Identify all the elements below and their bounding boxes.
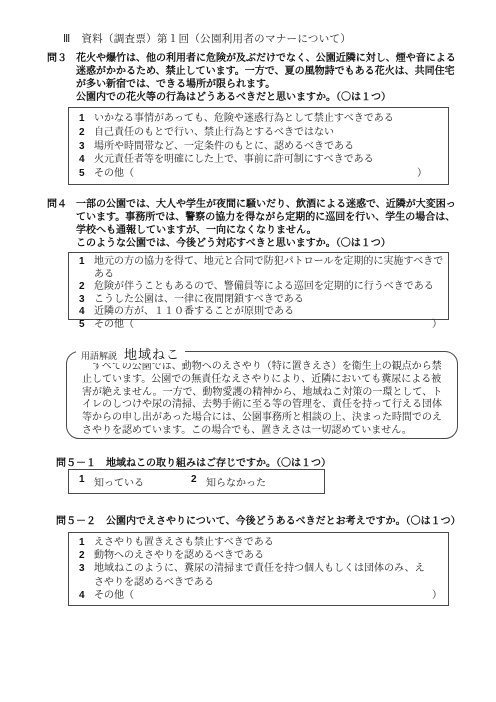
option-number: 5 (79, 167, 94, 181)
option-row: 3 地域ねこのように、糞尿の清掃まで責任を持つ個人もしくは団体のみ、えさやりを認… (79, 562, 448, 588)
question-5-2-prompt: 公園内でえさやりについて、今後どうあるべきだとお考えですか。（〇は１つ） (106, 515, 461, 528)
question-5-2-header: 問５－２ 公園内でえさやりについて、今後どうあるべきだとお考えですか。（〇は１つ… (56, 515, 461, 528)
glossary-body: すべての公園では、動物へのえさやり（特に置きえさ）を衛生上の観点から禁止していま… (67, 352, 457, 438)
question-4-options-box: 1 地元の方の協力を得て、地元と合同で防犯パトロールを定期的に実施すべきである … (68, 252, 449, 320)
option-text: 地域ねこのように、糞尿の清掃まで責任を持つ個人もしくは団体のみ、えさやりを認める… (94, 562, 448, 588)
option-text: 知らなかった (206, 474, 266, 489)
option-text: 場所や時間帯など、一定条件のもとに、認めるべきである (94, 140, 448, 154)
option-text: その他（ (94, 589, 134, 602)
option-number: 5 (79, 319, 94, 332)
option-text: 動物へのえさやりを認めるべきである (94, 549, 448, 562)
option-text: その他（ (94, 167, 134, 181)
option-number: 1 (79, 474, 94, 485)
option-row: 2 危険が伴うこともあるので、警備員等による巡回を定期的に行うべきである (79, 281, 448, 294)
glossary-title: 用語解説 地域ねこ (76, 344, 185, 363)
option-number: 1 (79, 536, 94, 549)
option-row-other: 5 その他（ ） (79, 167, 448, 181)
question-5-1-options-box: 1 知っている 2 知らなかった (68, 469, 325, 494)
option-text: 地元の方の協力を得て、地元と合同で防犯パトロールを定期的に実施すべきである (94, 256, 448, 281)
question-3-prompt: 公園内での花火等の行為はどうあるべきだと思いますか。（〇は１つ） (76, 91, 459, 104)
option-row: 1 えさやりも置きえさも禁止すべきである (79, 536, 448, 549)
question-4-content: 一部の公園では、大人や学生が夜間に騒いだり、飲酒による迷惑で、近隣が大変困ってい… (76, 198, 459, 250)
option-close-paren: ） (432, 319, 448, 332)
option-number: 3 (79, 140, 94, 154)
question-3-body: 花火や爆竹は、他の利用者に危険が及ぶだけでなく、公園近隣に対し、煙や音による迷惑… (76, 52, 459, 91)
glossary-tag: 用語解説 (81, 349, 117, 362)
option-row-other: 4 その他（ ） (79, 589, 448, 602)
option-number: 4 (79, 589, 94, 602)
option-text: その他（ (94, 319, 134, 332)
glossary-callout-box: 用語解説 地域ねこ すべての公園では、動物へのえさやり（特に置きえさ）を衛生上の… (66, 351, 458, 439)
option-row: 1 知っている (79, 474, 191, 489)
option-close-paren: ） (417, 167, 448, 181)
option-number: 4 (79, 306, 94, 319)
option-number: 3 (79, 294, 94, 307)
option-row: 2 自己責任のもとで行い、禁止行為とするべきではない (79, 126, 448, 140)
option-number: 4 (79, 153, 94, 167)
question-5-2-options-box: 1 えさやりも置きえさも禁止すべきである 2 動物へのえさやりを認めるべきである… (68, 532, 449, 606)
option-row: 3 こうした公園は、一律に夜間閉鎖すべきである (79, 294, 448, 307)
option-number: 1 (79, 256, 94, 269)
option-number: 2 (79, 126, 94, 140)
glossary-term: 地域ねこ (124, 344, 180, 363)
option-text: 危険が伴うこともあるので、警備員等による巡回を定期的に行うべきである (94, 281, 448, 294)
option-row: 4 火元責任者等を明確にした上で、事前に許可制にすべきである (79, 153, 448, 167)
question-5-2-label: 問５－２ (56, 515, 96, 528)
question-3-label: 問３ (47, 52, 76, 104)
question-3-options-box: 1 いかなる事情があっても、危険や迷惑行為として禁止すべきである 2 自己責任の… (68, 107, 449, 185)
question-4-body: 一部の公園では、大人や学生が夜間に騒いだり、飲酒による迷惑で、近隣が大変困ってい… (76, 198, 459, 237)
option-text: 知っている (94, 474, 191, 489)
option-row: 1 地元の方の協力を得て、地元と合同で防犯パトロールを定期的に実施すべきである (79, 256, 448, 281)
option-text: いかなる事情があっても、危険や迷惑行為として禁止すべきである (94, 112, 448, 126)
option-number: 2 (191, 474, 206, 485)
option-number: 2 (79, 281, 94, 294)
page-title: Ⅲ 資料（調査票）第１回（公園利用者のマナーについて） (63, 31, 351, 46)
option-row: 2 動物へのえさやりを認めるべきである (79, 549, 448, 562)
option-row: 2 知らなかった (191, 474, 266, 489)
option-text: 自己責任のもとで行い、禁止行為とするべきではない (94, 126, 448, 140)
option-close-paren: ） (432, 589, 448, 602)
option-number: 3 (79, 562, 94, 575)
question-3-header: 問３ 花火や爆竹は、他の利用者に危険が及ぶだけでなく、公園近隣に対し、煙や音によ… (47, 52, 459, 104)
question-4-label: 問４ (47, 198, 76, 250)
question-3-content: 花火や爆竹は、他の利用者に危険が及ぶだけでなく、公園近隣に対し、煙や音による迷惑… (76, 52, 459, 104)
option-row: 1 いかなる事情があっても、危険や迷惑行為として禁止すべきである (79, 112, 448, 126)
survey-document-page: Ⅲ 資料（調査票）第１回（公園利用者のマナーについて） 問３ 花火や爆竹は、他の… (0, 0, 496, 702)
option-row-other: 5 その他（ ） (79, 319, 448, 332)
option-row: 4 近隣の方が、１１０番することが原則である (79, 306, 448, 319)
option-text: えさやりも置きえさも禁止すべきである (94, 536, 448, 549)
option-number: 2 (79, 549, 94, 562)
option-text: こうした公園は、一律に夜間閉鎖すべきである (94, 294, 448, 307)
option-text: 火元責任者等を明確にした上で、事前に許可制にすべきである (94, 153, 448, 167)
option-row: 3 場所や時間帯など、一定条件のもとに、認めるべきである (79, 140, 448, 154)
question-4-prompt: このような公園では、今後どう対応すべきと思いますか。（〇は１つ） (76, 237, 459, 250)
option-number: 1 (79, 112, 94, 126)
question-4-header: 問４ 一部の公園では、大人や学生が夜間に騒いだり、飲酒による迷惑で、近隣が大変困… (47, 198, 459, 250)
option-text: 近隣の方が、１１０番することが原則である (94, 306, 448, 319)
